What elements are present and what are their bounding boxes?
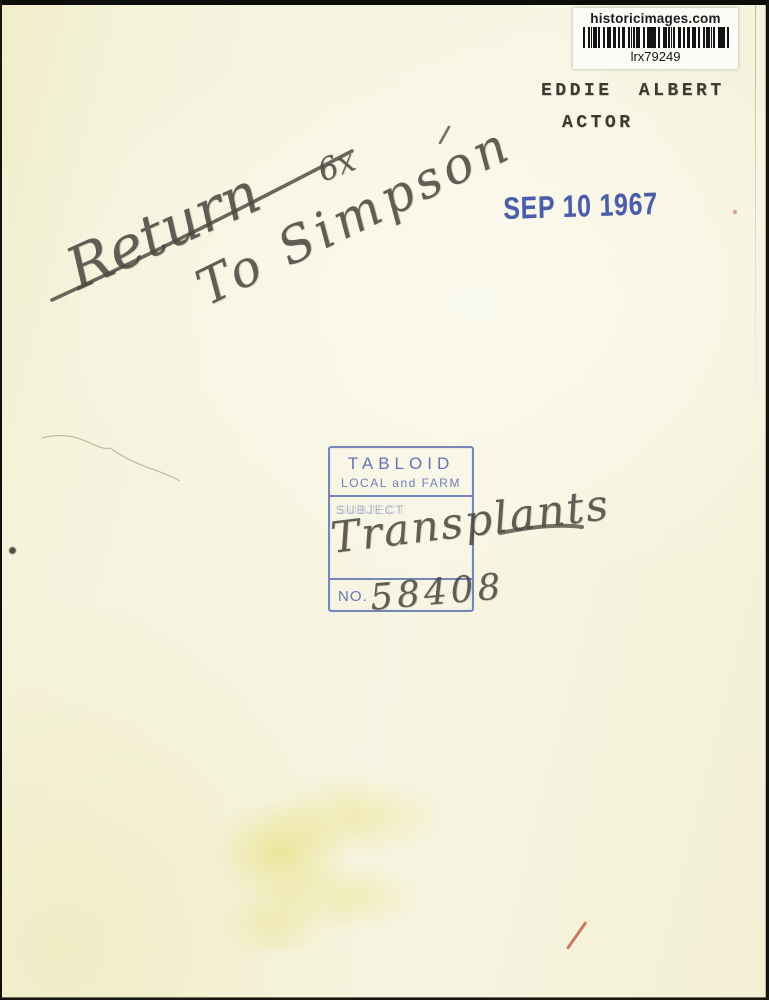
typed-subject-role: ACTOR — [562, 113, 634, 133]
barcode-icon — [583, 27, 729, 48]
scan-edge-right — [765, 0, 769, 1000]
stamp-title: TABLOID — [330, 454, 472, 474]
ink-dot — [9, 547, 16, 554]
red-speck — [733, 210, 737, 214]
barcode-site-text: historicimages.com — [590, 11, 720, 26]
paper-crease — [755, 5, 756, 425]
scan-edge-left — [0, 0, 2, 700]
stamp-subtitle: LOCAL and FARM — [330, 476, 472, 490]
barcode-code-text: lrx79249 — [631, 49, 681, 64]
stamp-header: TABLOID LOCAL and FARM — [330, 448, 472, 497]
date-stamp: SEP 10 1967 — [503, 186, 658, 227]
typed-subject-name: EDDIE ALBERT — [541, 81, 725, 101]
barcode-sticker: historicimages.com lrx79249 — [573, 8, 738, 69]
scan-edge-top — [0, 0, 769, 5]
photo-back-scan: historicimages.com lrx79249 EDDIE ALBERT… — [0, 0, 769, 1000]
yellow-stain — [205, 772, 480, 950]
